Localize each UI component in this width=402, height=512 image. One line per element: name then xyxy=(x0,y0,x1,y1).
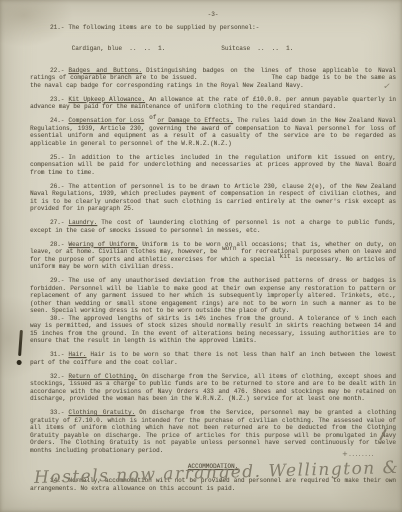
paragraph-number: 21.- xyxy=(50,24,64,31)
paragraph-text: In addition to the articles included in … xyxy=(30,154,396,176)
paragraph-27: 27.-Laundry.The cost of laundering cloth… xyxy=(30,219,396,234)
paragraph-29: 29.-The use of any unauthorised deviatio… xyxy=(30,277,396,315)
paragraph-text: The use of any unauthorised deviation fr… xyxy=(30,277,396,314)
paragraph-32: 32.-Return of Clothing.On discharge from… xyxy=(30,373,396,403)
paragraph-26: 26.-The attention of personnel is to be … xyxy=(30,183,396,213)
paragraph-text: The approved lengths of skirts is 14½ in… xyxy=(30,315,396,345)
paragraph-text: On discharge from the Service, personnel… xyxy=(30,409,396,454)
paragraph-number: 32.- xyxy=(50,373,64,380)
paragraph-number: 33.- xyxy=(50,409,64,416)
typed-insertion-kit: kit xyxy=(280,252,291,259)
typed-insertion-of: of xyxy=(149,114,156,122)
paragraph-heading: Wearing of Uniform. xyxy=(68,241,138,248)
pencil-check-mark: ✓ xyxy=(383,84,392,92)
paragraph-heading: Kit Upkeep Allowance. xyxy=(68,96,145,103)
paragraph-number: 29.- xyxy=(50,277,64,284)
paragraph-text: The following items are to be supplied b… xyxy=(68,24,259,31)
typewritten-content: -3- 21.-The following items are to be su… xyxy=(30,11,396,499)
kit-item: Suitcase .. .. 1. xyxy=(221,45,293,52)
paragraph-21-items: Cardigan, blue .. .. 1.Suitcase .. .. 1. xyxy=(50,38,396,61)
paragraph-number: 24.- xyxy=(50,117,64,124)
paragraph-heading: Compensation for Loss xyxy=(68,117,144,124)
paragraph-heading: Clothing Gratuity. xyxy=(68,409,135,416)
paragraph-text: The attention of personnel is to be draw… xyxy=(30,183,396,213)
paragraph-number: 23.- xyxy=(50,96,64,103)
paragraph-number: 27.- xyxy=(50,219,64,226)
paragraph-number: 28.- xyxy=(50,241,64,248)
paragraph-31: 31.-Hair.Hair is to be worn so that ther… xyxy=(30,351,396,366)
paragraph-heading: Laundry. xyxy=(68,219,97,226)
paragraph-25: 25.-In addition to the articles included… xyxy=(30,154,396,177)
typed-insertion-worn: worn xyxy=(222,245,236,253)
ink-blot-left-margin xyxy=(18,330,22,356)
paragraph-22: 22.-Badges and Buttons.Distinguishing ba… xyxy=(30,67,396,90)
scanned-document-page: -3- 21.-The following items are to be su… xyxy=(0,0,402,512)
paragraph-heading: Return of Clothing. xyxy=(68,373,137,380)
paragraph-33: 33.-Clothing Gratuity.On discharge from … xyxy=(30,409,396,454)
paragraph-number: 31.- xyxy=(50,351,64,358)
paragraph-number: 26.- xyxy=(50,183,64,190)
paragraph-number: 30.- xyxy=(50,315,64,322)
page-number: -3- xyxy=(30,11,396,19)
paragraph-number: 25.- xyxy=(50,154,64,161)
paragraph-number: 22.- xyxy=(50,67,64,74)
paragraph-21: 21.-The following items are to be suppli… xyxy=(30,24,396,32)
paragraph-23: 23.-Kit Upkeep Allowance.An allowance at… xyxy=(30,96,396,111)
kit-item: Cardigan, blue .. .. 1. xyxy=(72,45,166,52)
paragraph-heading: Badges and Buttons. xyxy=(68,67,142,74)
paragraph-heading: or Damage to Effects. xyxy=(157,117,233,124)
paragraph-30: 30.-The approved lengths of skirts is 14… xyxy=(30,315,396,345)
paragraph-24: 24.-Compensation for Lossofor Damage to … xyxy=(30,117,396,147)
paragraph-heading: Hair. xyxy=(68,351,86,358)
pencil-plus-dots-mark: +........ xyxy=(342,451,375,459)
paragraph-28: 28.-Wearing of Uniform.Uniform is to be … xyxy=(30,241,396,271)
